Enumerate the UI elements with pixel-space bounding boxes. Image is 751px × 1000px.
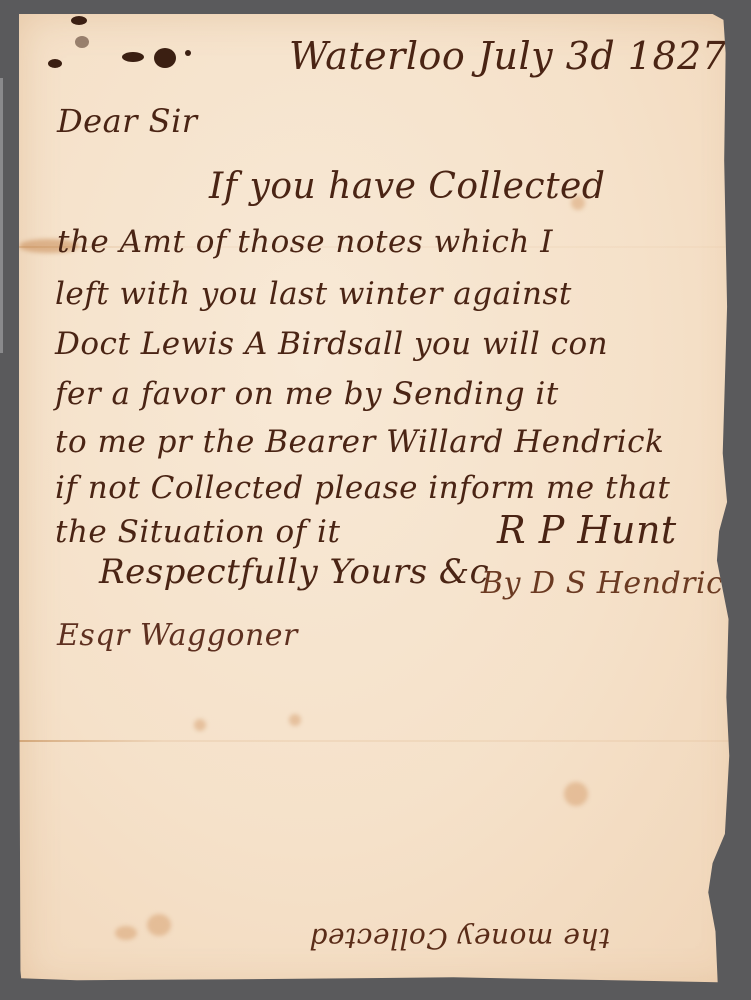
ink-blot xyxy=(154,48,176,68)
salutation: Dear Sir xyxy=(57,102,198,140)
body-line-2: the Amt of those notes which I xyxy=(57,224,553,260)
foxing-stain xyxy=(194,719,206,731)
inverted-note: the money Collected xyxy=(309,922,610,955)
ink-blot xyxy=(48,59,62,68)
body-line-7: if not Collected please inform me that xyxy=(55,470,670,506)
signature: R P Hunt xyxy=(497,508,677,552)
foxing-stain xyxy=(289,714,301,726)
body-line-6: to me pr the Bearer Willard Hendrick xyxy=(55,424,664,460)
body-line-8: the Situation of it xyxy=(55,514,340,550)
fold-line xyxy=(19,740,743,742)
ink-blot xyxy=(122,52,144,62)
foxing-stain xyxy=(147,914,171,936)
letter-paper: Waterloo July 3d 1827 Dear Sir If you ha… xyxy=(19,14,743,990)
ink-blot xyxy=(185,50,191,56)
foxing-stain xyxy=(115,926,137,940)
body-line-3: left with you last winter against xyxy=(55,276,572,312)
ink-blot xyxy=(75,36,89,48)
foxing-stain xyxy=(564,782,588,806)
body-line-4: Doct Lewis A Birdsall you will con xyxy=(55,326,608,362)
date-line: Waterloo July 3d 1827 xyxy=(289,34,727,78)
body-line-1: If you have Collected xyxy=(209,166,605,207)
body-line-5: fer a favor on me by Sending it xyxy=(55,376,559,412)
scanner-edge-strip xyxy=(0,78,3,353)
addressee: Esqr Waggoner xyxy=(57,618,298,653)
signature-by: By D S Hendric xyxy=(481,566,723,601)
closing: Respectfully Yours &c xyxy=(99,552,489,592)
ink-blot xyxy=(71,16,87,25)
